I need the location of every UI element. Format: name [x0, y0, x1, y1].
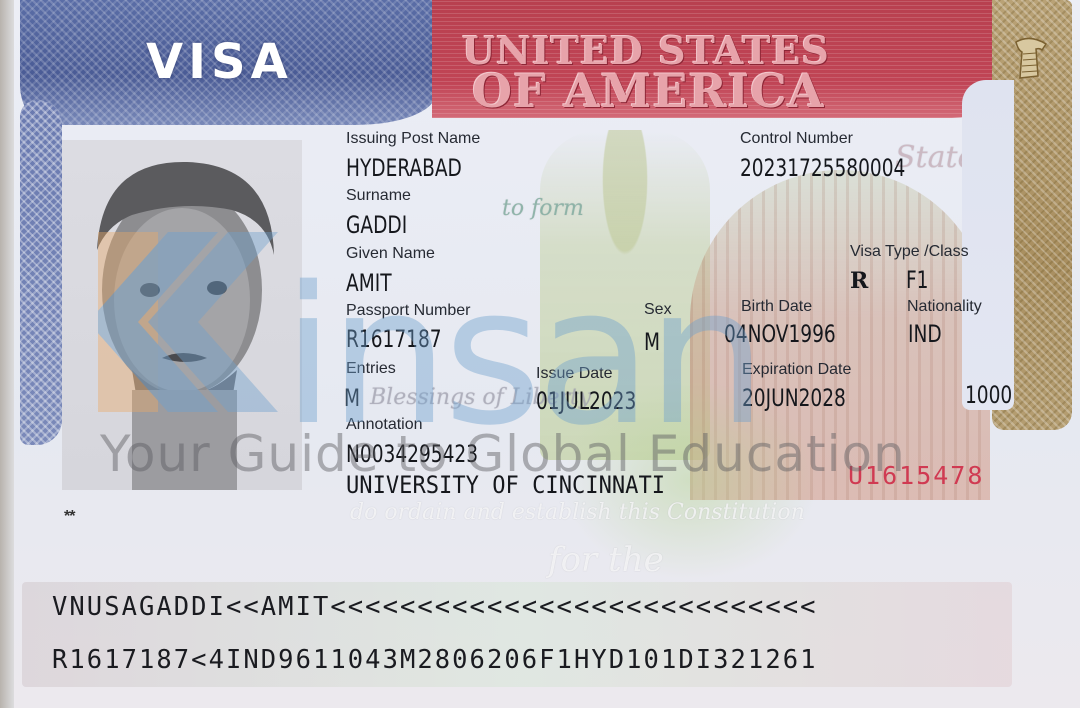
visa-title: VISA — [146, 34, 293, 90]
nationality-label: Nationality — [907, 298, 982, 316]
visa-type-value: R — [850, 268, 868, 294]
control-number-value: 20231725580004 — [740, 154, 905, 182]
kinsan-k-logo-icon — [98, 232, 278, 412]
visa-type-class-label: Visa Type /Class — [850, 243, 969, 261]
country-name-line2: OF AMERICA — [472, 64, 824, 118]
watermark-tagline: Your Guide to Global Education — [100, 425, 906, 483]
issuing-post-value: HYDERABAD — [346, 154, 462, 182]
mrz-line-1: VNUSAGADDI<<AMIT<<<<<<<<<<<<<<<<<<<<<<<<… — [52, 592, 818, 622]
surname-label: Surname — [346, 187, 411, 205]
issuing-post-label: Issuing Post Name — [346, 130, 480, 148]
control-number-label: Control Number — [740, 130, 853, 148]
visa-document: to form Blessings of Liberty do ordain a… — [0, 0, 1080, 708]
guilloche-left-border — [20, 100, 62, 445]
watermark-brand: insan — [282, 262, 761, 452]
background-text-to-form: to form — [502, 196, 584, 221]
mrz-line-2: R1617187<4IND9611043M2806206F1HYD101DI32… — [52, 645, 818, 675]
background-text-constitution: do ordain and establish this Constitutio… — [350, 500, 805, 525]
document-edge — [0, 0, 14, 708]
liberty-bell-icon — [1008, 36, 1052, 82]
visa-class-value: F1 — [906, 266, 928, 294]
fee-code-value: 1000 — [965, 381, 1012, 409]
surname-value: GADDI — [346, 211, 407, 239]
background-text-for-the: for the — [548, 540, 664, 580]
nationality-value: IND — [908, 320, 942, 348]
photo-mark: ** — [64, 508, 74, 526]
